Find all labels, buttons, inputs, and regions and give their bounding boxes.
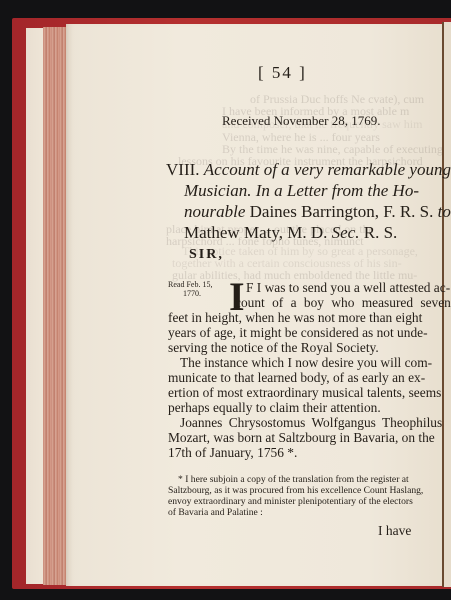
title-roman: Daines Barrington, F. R. S. (245, 202, 433, 221)
read-note-date: Read Feb. 15, (168, 280, 212, 289)
body-line: feet in height, when he was not more tha… (168, 310, 422, 326)
footnote-line: Saltzbourg, as it was procured from his … (168, 485, 423, 496)
footnote-line: of Bavaria and Palatine : (168, 507, 263, 518)
body-line: perhaps equally to claim their attention… (168, 400, 381, 416)
marginal-read-note: Read Feb. 15, 1770. (168, 280, 212, 298)
page-number: [ 54 ] (258, 63, 307, 83)
body-line: Mozart, was born at Saltzbourg in Bavari… (168, 430, 435, 446)
article-title-line: VIII. Account of a very remarkable young (166, 160, 451, 180)
page-edges-stack (43, 27, 67, 585)
body-line: count of a boy who measured seven (235, 295, 451, 311)
body-line: ertion of most extraordinary musical tal… (168, 385, 441, 401)
article-title-line: Mathew Maty, M. D. Sec. R. S. (184, 223, 397, 243)
title-roman: Mathew Maty, M. D. (184, 223, 332, 242)
title-italic: Account of a very remarkable young (204, 160, 451, 179)
body-line: years of age, it might be considered as … (168, 325, 428, 341)
article-numeral: VIII. (166, 160, 200, 179)
footnote-line: * I here subjoin a copy of the translati… (178, 474, 409, 485)
received-date: Received November 28, 1769. (222, 113, 380, 129)
article-title-line: nourable Daines Barrington, F. R. S. to (184, 202, 451, 222)
read-note-year: 1770. (168, 289, 212, 298)
title-italic: nourable (184, 202, 245, 221)
title-italic: Sec. (332, 223, 360, 242)
body-line: F I was to send you a well attested ac- (246, 280, 450, 296)
article-title-line: Musician. In a Letter from the Ho- (184, 181, 419, 201)
catchword: I have (378, 523, 411, 539)
body-line: The instance which I now desire you will… (180, 355, 432, 371)
book-photo: of Prussia Duc hoffs Ne cvate), cum I ha… (0, 0, 451, 600)
body-line: serving the notice of the Royal Society. (168, 340, 379, 356)
title-italic: to (433, 202, 450, 221)
footnote-line: envoy extraordinary and minister plenipo… (168, 496, 413, 507)
body-line: municate to that learned body, of as ear… (168, 370, 425, 386)
body-line: 17th of January, 1756 *. (168, 445, 297, 461)
salutation: SIR, (189, 247, 224, 263)
title-roman: R. S. (359, 223, 397, 242)
body-line: Joannes Chrysostomus Wolfgangus Theophil… (180, 415, 442, 431)
title-italic: Musician. In a Letter from the Ho- (184, 181, 419, 200)
